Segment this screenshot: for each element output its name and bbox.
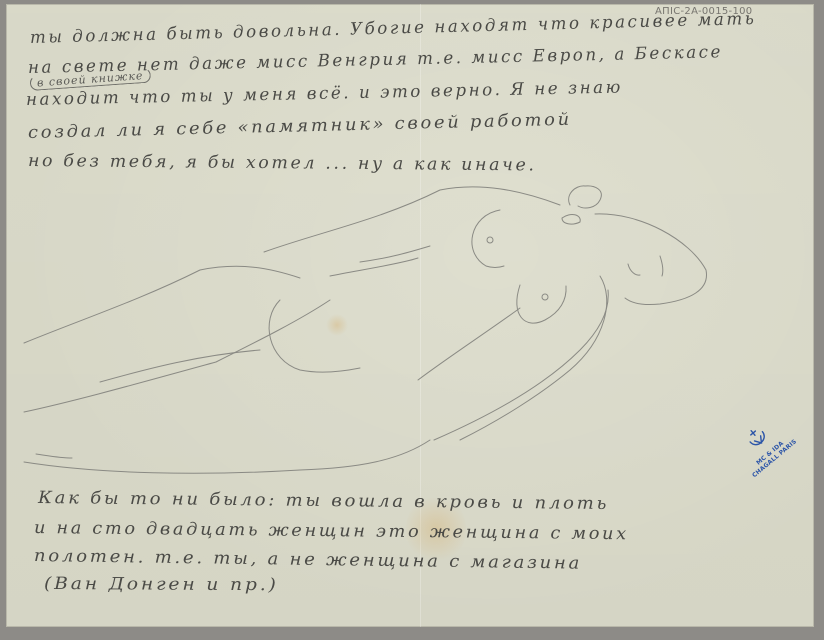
letter-line: (Ван Донген и пр.): [44, 574, 279, 595]
document-scan: ΑΠΙC-2A-0015-100 ты должна быть довольна…: [0, 0, 824, 640]
paper-stain: [326, 314, 348, 336]
